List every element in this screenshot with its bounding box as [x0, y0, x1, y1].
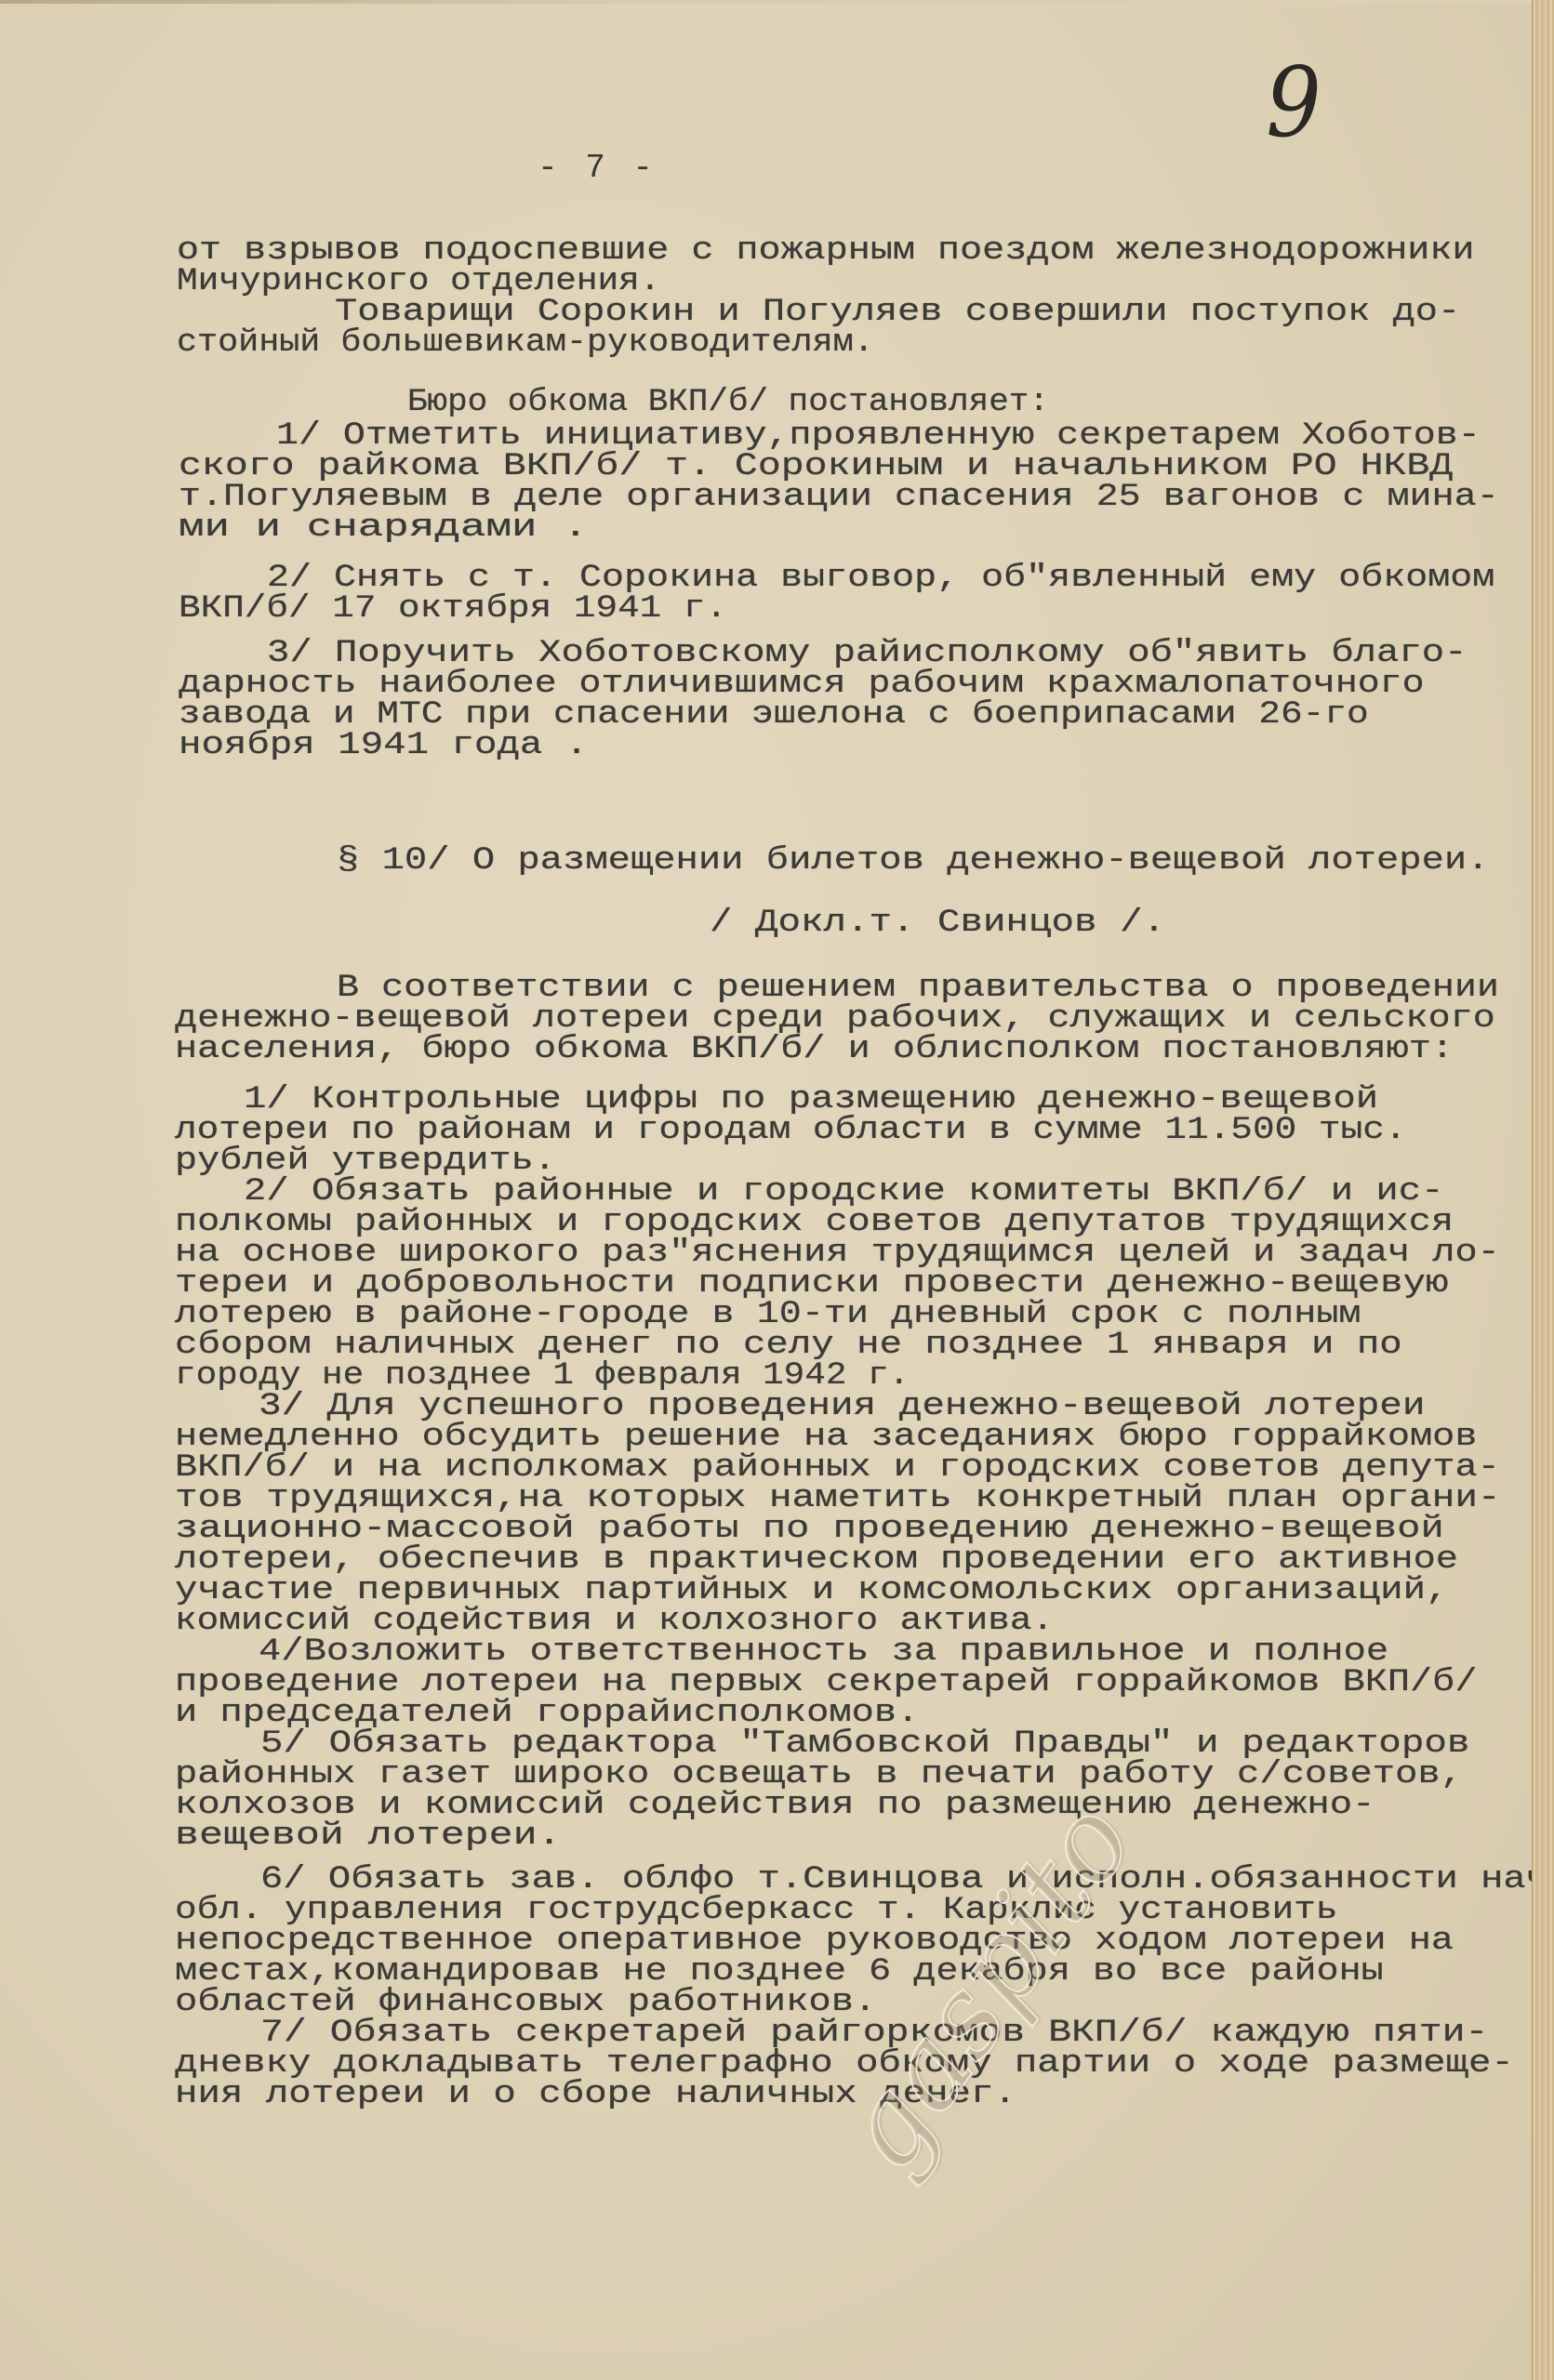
text-line: на основе широкого раз"яснения трудящимс… — [175, 1238, 1500, 1269]
text-line: 3/ Поручить Хоботовскому райисполкому об… — [267, 639, 1467, 669]
text-line: ми и снарядами . — [179, 513, 589, 544]
text-line: обл. управления гострудсберкасс т. Каркл… — [175, 1896, 1337, 1926]
text-line: 5/ Обязать редактора "Тамбовской Правды"… — [260, 1729, 1469, 1760]
text-line: завода и МТС при спасении эшелона с боеп… — [179, 700, 1369, 731]
text-line: местах,командировав не позднее 6 декабря… — [175, 1957, 1384, 1988]
text-line: районных газет широко освещать в печати … — [175, 1760, 1463, 1791]
text-line: лотереи по районам и городам области в с… — [175, 1116, 1407, 1146]
text-line: В соответствии с решением правительства … — [337, 973, 1499, 1004]
text-line: 6/ Обязать зав. облфо т.Свинцова и испол… — [260, 1865, 1548, 1896]
text-line: колхозов и комиссий содействия по размещ… — [175, 1791, 1375, 1821]
text-line: проведение лотереи на первых секретарей … — [175, 1668, 1477, 1699]
text-line: / Докл.т. Свинцов /. — [710, 908, 1165, 939]
text-line: Мичуринского отделения. — [177, 267, 660, 297]
stacked-page-edges — [1532, 0, 1554, 2380]
text-line: тереи и добровольности подписки провести… — [175, 1269, 1449, 1300]
text-line: комиссий содействия и колхозного актива. — [175, 1606, 1054, 1637]
text-line: дарность наиболее отличившимся рабочим к… — [179, 669, 1425, 700]
text-line: 1/ Контрольные цифры по размещению денеж… — [244, 1085, 1378, 1116]
text-line: лотереи, обеспечив в практическом провед… — [175, 1545, 1458, 1576]
text-line: 3/ Для успешного проведения денежно-веще… — [259, 1392, 1425, 1422]
text-line: участие первичных партийных и комсомольс… — [175, 1576, 1449, 1606]
text-line: 1/ Отметить инициативу,проявленную секре… — [276, 421, 1481, 452]
text-line: вещевой лотереи. — [175, 1821, 562, 1852]
text-line: и председателей горрайисполкомов. — [175, 1699, 919, 1729]
text-line: ского райкома ВКП/б/ т. Сорокиным и нача… — [179, 452, 1453, 483]
text-line: областей финансовых работников. — [175, 1988, 876, 2018]
text-line: 2/ Снять с т. Сорокина выговор, об"явлен… — [267, 563, 1494, 594]
text-line: Бюро обкома ВКП/б/ постановляет: — [407, 388, 1049, 418]
text-line: § 10/ О размещении билетов денежно-вещев… — [337, 846, 1489, 877]
text-line: 4/Возложить ответственность за правильно… — [259, 1637, 1388, 1668]
text-line: 2/ Обязать районные и городские комитеты… — [244, 1177, 1443, 1208]
text-line: населения, бюро обкома ВКП/б/ и облиспол… — [175, 1035, 1454, 1065]
text-line: от взрывов подоспевшие с пожарным поездо… — [177, 236, 1474, 267]
text-line: стойный большевикам-руководителям. — [177, 328, 874, 359]
text-line: городу не позднее 1 февраля 1942 г. — [175, 1361, 910, 1392]
text-line: денежно-вещевой лотереи среди рабочих, с… — [175, 1004, 1495, 1035]
handwritten-folio-number: 9 — [1266, 54, 1322, 151]
text-line: Товарищи Сорокин и Погуляев совершили по… — [335, 297, 1460, 328]
page-number: - 7 - — [538, 149, 657, 187]
text-line: ВКП/б/ 17 октября 1941 г. — [179, 594, 727, 625]
text-line: рублей утвердить. — [175, 1146, 556, 1177]
document-page: 9 - 7 - от взрывов подоспевшие с пожарны… — [0, 0, 1533, 2380]
page-top-edge — [0, 0, 1533, 4]
text-line: т.Погуляевым в деле организации спасения… — [179, 483, 1499, 513]
text-line: немедленно обсудить решение на заседания… — [175, 1422, 1477, 1453]
text-line: ноября 1941 года . — [179, 731, 588, 761]
text-line: сбором наличных денег по селу не позднее… — [175, 1330, 1402, 1361]
text-line: лотерею в районе-городе в 10-ти дневный … — [175, 1300, 1361, 1330]
text-line: тов трудящихся,на которых наметить конкр… — [175, 1484, 1500, 1514]
text-line: непосредственное оперативное руководство… — [175, 1926, 1454, 1957]
text-line: полкомы районных и городских советов деп… — [175, 1208, 1454, 1238]
text-line: зационно-массовой работы по проведению д… — [175, 1514, 1444, 1545]
text-line: ВКП/б/ и на исполкомах районных и городс… — [175, 1453, 1500, 1484]
